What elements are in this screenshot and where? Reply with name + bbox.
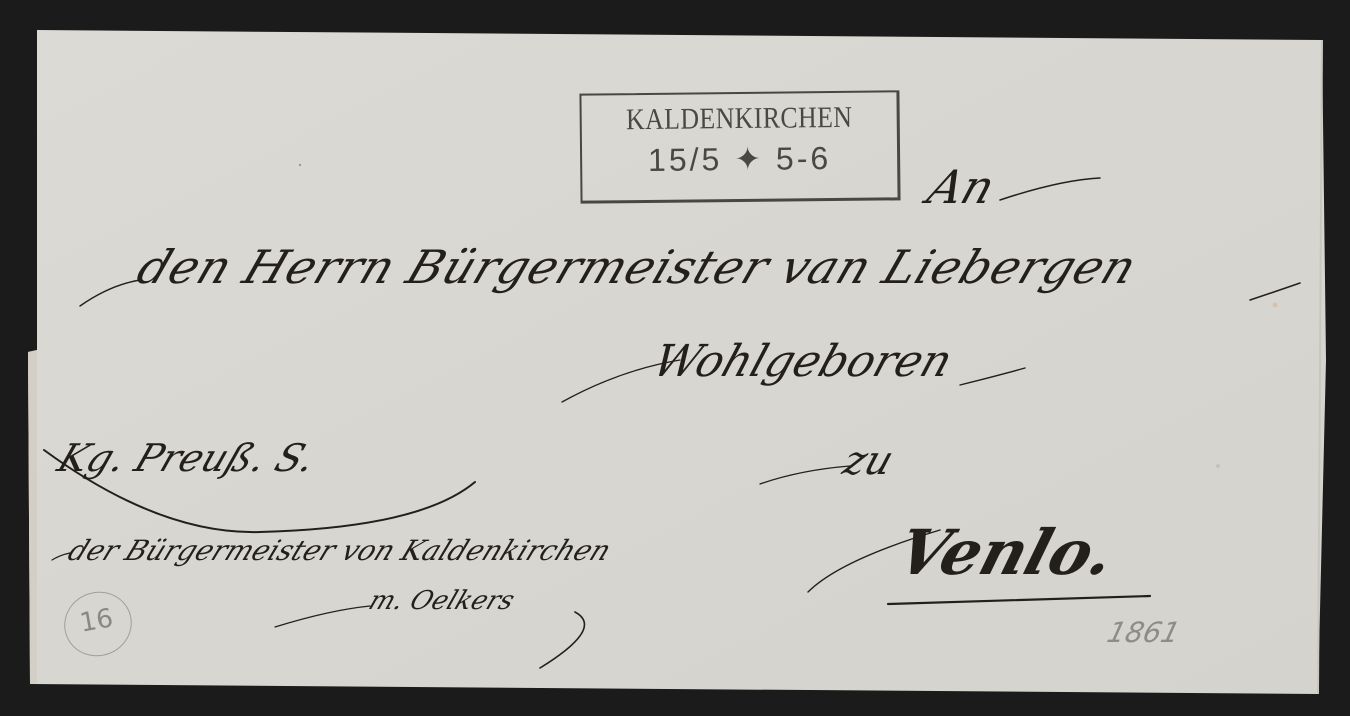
sender-office: Kg. Preuß. S. bbox=[52, 436, 322, 480]
circled-number: 16 bbox=[78, 603, 116, 638]
postmark-town: KALDENKIRCHEN bbox=[604, 101, 875, 138]
address-city: Venlo. bbox=[890, 516, 1123, 589]
address-recipient: den Herrn Bürgermeister van Liebergen bbox=[130, 240, 1144, 294]
sender-title: der Bürgermeister von Kaldenkirchen bbox=[63, 534, 616, 567]
scanned-document: KALDENKIRCHEN 15/5 ✦ 5-6 bbox=[0, 0, 1350, 716]
pencil-year: 1861 bbox=[1104, 616, 1183, 649]
sender-signature: m. Oelkers bbox=[365, 586, 519, 616]
address-honorific: Wohlgeboren bbox=[647, 336, 959, 387]
box-postmark: KALDENKIRCHEN 15/5 ✦ 5-6 bbox=[579, 90, 900, 203]
postmark-date: 15/5 ✦ 5-6 bbox=[582, 138, 897, 179]
